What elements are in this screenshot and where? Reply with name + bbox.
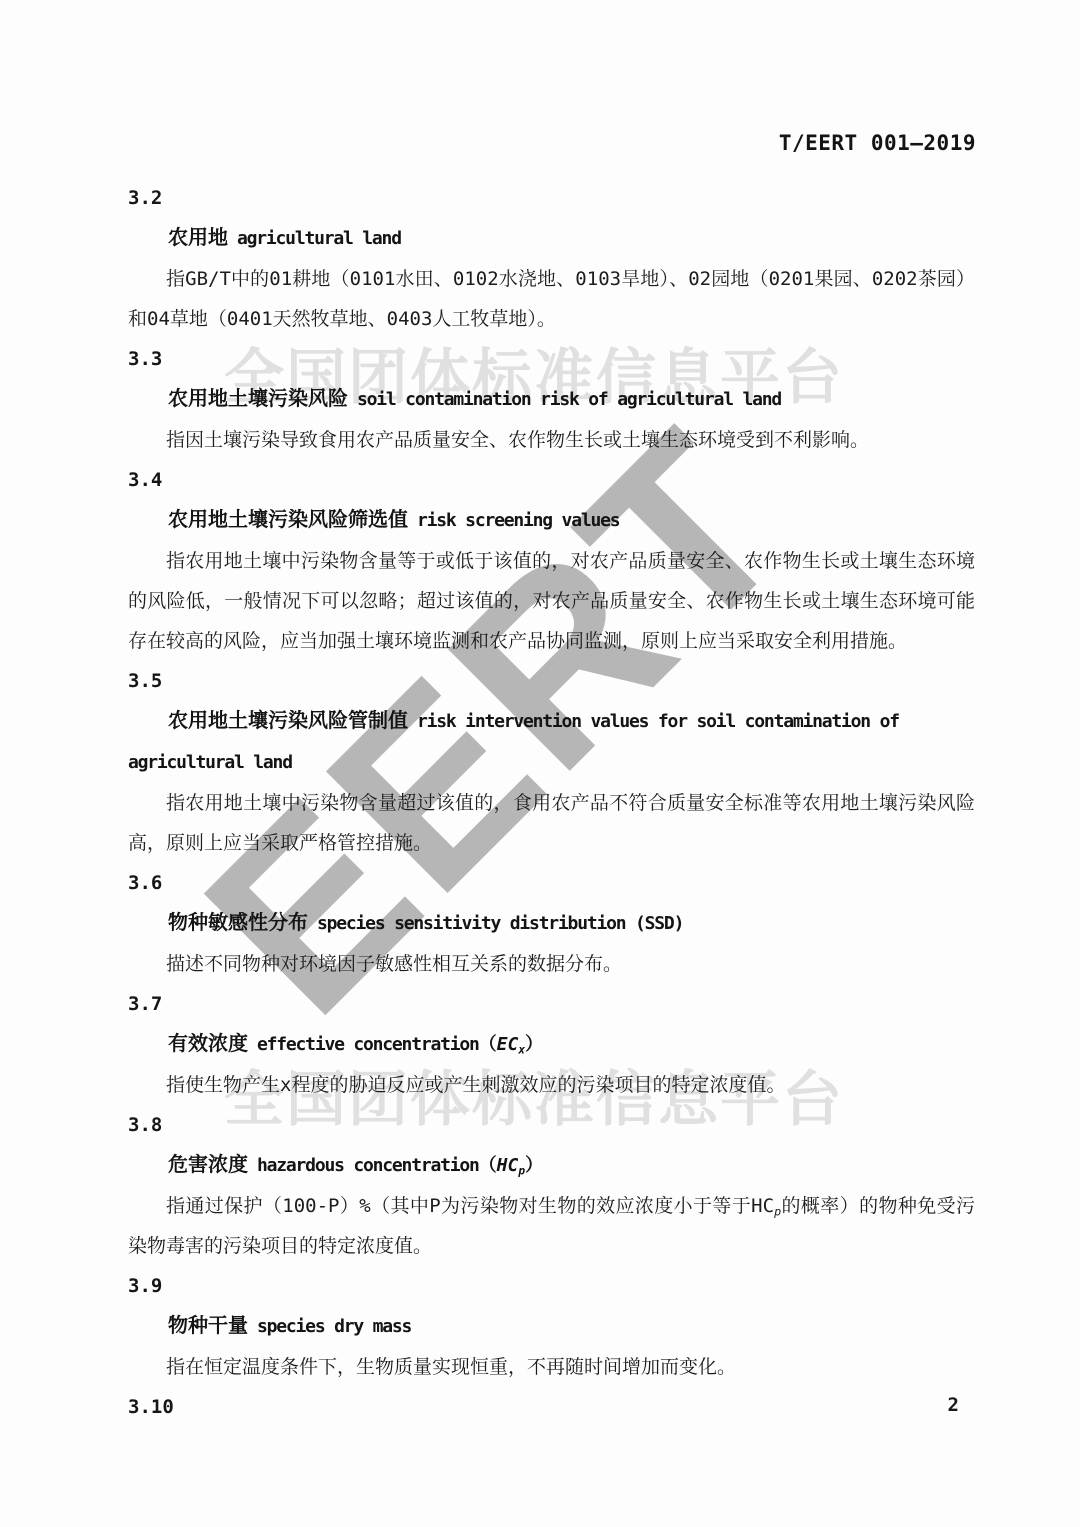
term-en: risk screening values (417, 510, 619, 531)
section-3-10: 3.10 (128, 1387, 975, 1427)
terms-and-definitions: 3.2 农用地agricultural land 指GB/T中的01耕地（010… (128, 178, 975, 1427)
term-heading: 农用地土壤污染风险管制值risk intervention values for… (128, 701, 975, 783)
definition-paragraph: 指GB/T中的01耕地（0101水田、0102水浇地、0103旱地）、02园地（… (128, 259, 975, 339)
term-en: agricultural land (237, 228, 401, 249)
term-en: species dry mass (257, 1316, 411, 1337)
term-zh: 农用地土壤污染风险筛选值 (168, 509, 408, 531)
term-en: species sensitivity distribution (SSD) (317, 913, 683, 934)
term-symbol: （HCp） (479, 1155, 543, 1176)
definition-paragraph: 指农用地土壤中污染物含量等于或低于该值的，对农产品质量安全、农作物生长或土壤生态… (128, 541, 975, 661)
term-zh: 危害浓度 (168, 1154, 248, 1176)
term-heading: 农用地土壤污染风险筛选值risk screening values (128, 500, 975, 541)
section-3-6: 3.6 物种敏感性分布species sensitivity distribut… (128, 863, 975, 984)
section-3-8: 3.8 危害浓度hazardous concentration（HCp） 指通过… (128, 1105, 975, 1266)
section-number: 3.7 (128, 984, 975, 1024)
term-zh: 有效浓度 (168, 1033, 248, 1055)
term-heading: 物种敏感性分布species sensitivity distribution … (128, 903, 975, 944)
section-3-9: 3.9 物种干量species dry mass 指在恒定温度条件下，生物质量实… (128, 1266, 975, 1387)
section-number: 3.8 (128, 1105, 975, 1145)
section-3-2: 3.2 农用地agricultural land 指GB/T中的01耕地（010… (128, 178, 975, 339)
term-en: soil contamination risk of agricultural … (357, 389, 781, 410)
document-page: { "page": { "doc_code": "T/EERT 001—2019… (0, 0, 1080, 1527)
definition-paragraph: 指使生物产生x程度的胁迫反应或产生刺激效应的污染项目的特定浓度值。 (128, 1065, 975, 1105)
term-heading: 物种干量species dry mass (128, 1306, 975, 1347)
term-en: effective concentration (257, 1034, 479, 1055)
page-number: 2 (948, 1394, 959, 1416)
symbol-base: EC (497, 1034, 519, 1055)
term-heading: 危害浓度hazardous concentration（HCp） (128, 1145, 975, 1186)
term-symbol: （ECx） (479, 1034, 543, 1055)
definition-paragraph: 指因土壤污染导致食用农产品质量安全、农作物生长或土壤生态环境受到不利影响。 (128, 420, 975, 460)
definition-paragraph: 描述不同物种对环境因子敏感性相互关系的数据分布。 (128, 944, 975, 984)
section-3-4: 3.4 农用地土壤污染风险筛选值risk screening values 指农… (128, 460, 975, 661)
symbol-base: HC (497, 1155, 519, 1176)
section-3-7: 3.7 有效浓度effective concentration（ECx） 指使生… (128, 984, 975, 1105)
section-number: 3.9 (128, 1266, 975, 1306)
term-zh: 物种敏感性分布 (168, 912, 308, 934)
term-zh: 农用地土壤污染风险管制值 (168, 710, 408, 732)
section-number: 3.10 (128, 1387, 975, 1427)
standard-code-header: T/EERT 001—2019 (779, 131, 976, 155)
term-zh: 物种干量 (168, 1315, 248, 1337)
section-number: 3.5 (128, 661, 975, 701)
section-number: 3.4 (128, 460, 975, 500)
term-heading: 农用地土壤污染风险soil contamination risk of agri… (128, 379, 975, 420)
definition-paragraph: 指通过保护（100-P）%（其中P为污染物对生物的效应浓度小于等于HCp的概率）… (128, 1186, 975, 1266)
section-number: 3.6 (128, 863, 975, 903)
section-number: 3.3 (128, 339, 975, 379)
term-heading: 农用地agricultural land (128, 218, 975, 259)
term-zh: 农用地土壤污染风险 (168, 388, 348, 410)
definition-paragraph: 指农用地土壤中污染物含量超过该值的，食用农产品不符合质量安全标准等农用地土壤污染… (128, 783, 975, 863)
section-3-3: 3.3 农用地土壤污染风险soil contamination risk of … (128, 339, 975, 460)
section-number: 3.2 (128, 178, 975, 218)
definition-paragraph: 指在恒定温度条件下，生物质量实现恒重，不再随时间增加而变化。 (128, 1347, 975, 1387)
section-3-5: 3.5 农用地土壤污染风险管制值risk intervention values… (128, 661, 975, 863)
term-heading: 有效浓度effective concentration（ECx） (128, 1024, 975, 1065)
term-en: hazardous concentration (257, 1155, 479, 1176)
term-zh: 农用地 (168, 227, 228, 249)
